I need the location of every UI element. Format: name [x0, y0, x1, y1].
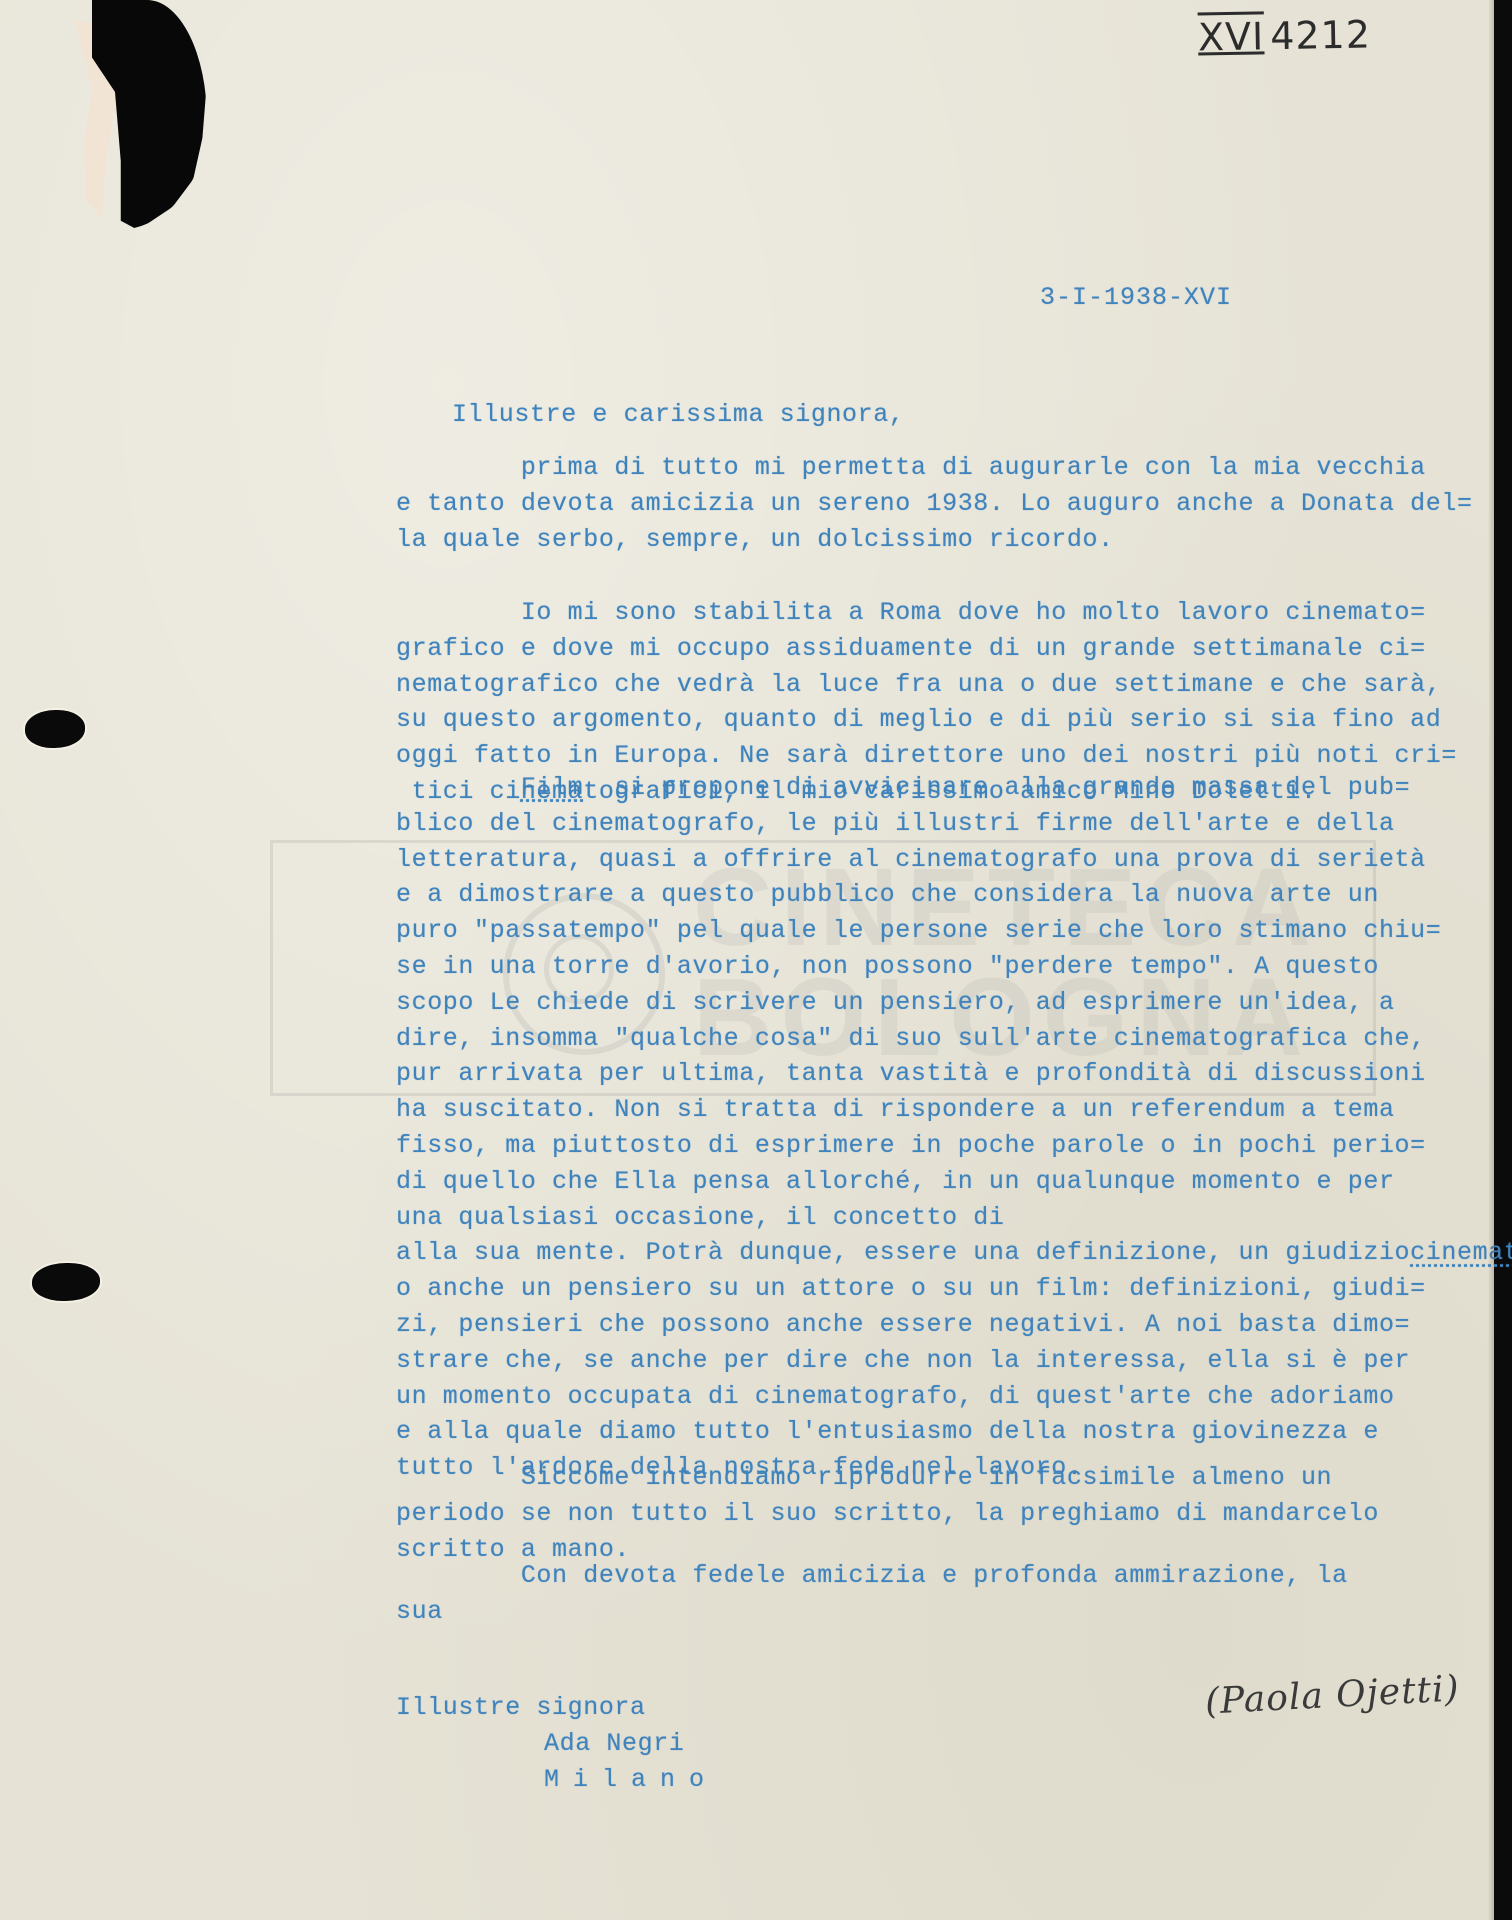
text-line: scopo Le chiede di scrivere un pensiero,… [396, 985, 1436, 1021]
text-line: ha suscitato. Non si tratta di risponder… [396, 1092, 1436, 1128]
text-line: blico del cinematografo, le più illustri… [396, 806, 1436, 842]
text-line: Con devota fedele amicizia e profonda am… [396, 1558, 1436, 1594]
text-line: puro "passatempo" pel quale le persone s… [396, 913, 1436, 949]
text-line: un momento occupata di cinematografo, di… [396, 1379, 1436, 1415]
text-line: pur arrivata per ultima, tanta vastità e… [396, 1056, 1436, 1092]
archive-number: 4212 [1270, 12, 1371, 58]
archive-reference: XVI4212 [1198, 12, 1372, 59]
text-line: zi, pensieri che possono anche essere ne… [396, 1307, 1436, 1343]
text-line: Io mi sono stabilita a Roma dove ho molt… [396, 595, 1436, 631]
handwritten-signature: (Paola Ojetti) [1204, 1668, 1460, 1722]
text-line: di quello che Ella pensa allorché, in un… [396, 1164, 1436, 1200]
paragraph-film: Film si propone di avvicinare alla grand… [396, 770, 1436, 1486]
text-line: su questo argomento, quanto di meglio e … [396, 702, 1436, 738]
text-line: letteratura, quasi a offrire al cinemato… [396, 842, 1436, 878]
punch-hole [32, 1263, 100, 1301]
text-line: una qualsiasi occasione, il concetto di [396, 1200, 1436, 1236]
text-line: oggi fatto in Europa. Ne sarà direttore … [396, 738, 1436, 774]
archive-volume: XVI [1198, 14, 1265, 59]
paragraph-closing: Con devota fedele amicizia e profonda am… [396, 1558, 1436, 1630]
text-line: e alla quale diamo tutto l'entusiasmo de… [396, 1414, 1436, 1450]
text-line: la quale serbo, sempre, un dolcissimo ri… [396, 522, 1436, 558]
recipient-title: Illustre signora [396, 1690, 718, 1726]
punch-hole [25, 710, 85, 748]
text-line-first: Film si propone di avvicinare alla grand… [396, 770, 1436, 806]
text-line: Siccome intendiamo riprodurre in facsimi… [396, 1460, 1436, 1496]
text-line: prima di tutto mi permetta di augurarle … [396, 450, 1436, 486]
letter-page: CINETECA BOLOGNA XVI4212 3-I-1938-XVI Il… [0, 0, 1494, 1920]
text-line: periodo se non tutto il suo scritto, la … [396, 1496, 1436, 1532]
text-line: sua [396, 1594, 1436, 1630]
cinematografo-underlined: cinematografo [1410, 1238, 1512, 1267]
text-line: o anche un pensiero su un attore o su un… [396, 1271, 1436, 1307]
text-line: e a dimostrare a questo pubblico che con… [396, 877, 1436, 913]
salutation: Illustre e carissima signora, [452, 400, 904, 429]
text-line: dire, insomma "qualche cosa" di suo sull… [396, 1021, 1436, 1057]
text-line-underlined: alla sua mente. Potrà dunque, essere una… [396, 1235, 1436, 1271]
recipient-city: Milano [396, 1762, 718, 1798]
text-line: strare che, se anche per dire che non la… [396, 1343, 1436, 1379]
recipient-address: Illustre signora Ada Negri Milano [396, 1690, 718, 1798]
text-line: nematografico che vedrà la luce fra una … [396, 667, 1436, 703]
recipient-name: Ada Negri [396, 1726, 718, 1762]
text-line: fisso, ma piuttosto di esprimere in poch… [396, 1128, 1436, 1164]
text-line: grafico e dove mi occupo assiduamente di… [396, 631, 1436, 667]
text-line: e tanto devota amicizia un sereno 1938. … [396, 486, 1436, 522]
paragraph-greeting: prima di tutto mi permetta di augurarle … [396, 450, 1436, 557]
film-title-underlined: Film [521, 773, 583, 802]
paragraph-facsimile: Siccome intendiamo riprodurre in facsimi… [396, 1460, 1436, 1567]
text-line: se in una torre d'avorio, non possono "p… [396, 949, 1436, 985]
letter-date: 3-I-1938-XVI [1040, 283, 1232, 312]
